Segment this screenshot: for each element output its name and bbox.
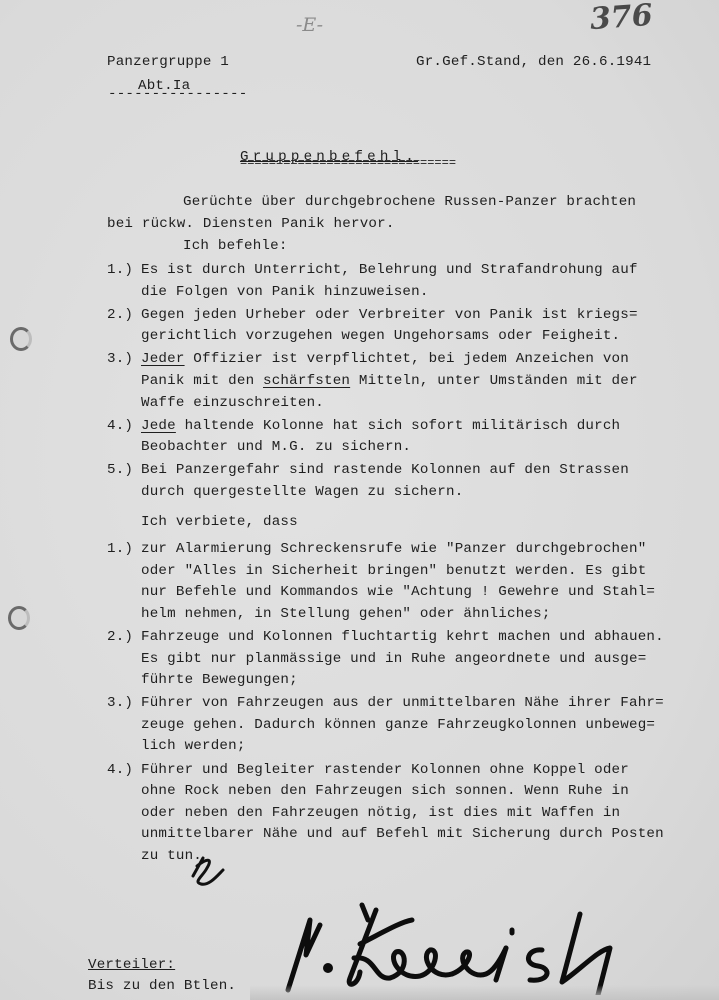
order-line: gerichtlich vorzugehen wegen Ungehorsams… (141, 328, 620, 344)
order-number: 2.) (107, 307, 133, 323)
prohibition-line: Fahrzeuge und Kolonnen fluchtartig kehrt… (141, 629, 664, 645)
distribution-value: Bis zu den Btlen. (88, 978, 236, 994)
prohibition-line: lich werden; (141, 738, 246, 754)
order-line: durch quergestellte Wagen zu sichern. (141, 484, 463, 500)
prohibition-number: 1.) (107, 541, 133, 557)
punch-hole (8, 606, 30, 630)
paper-shadow (250, 985, 719, 1000)
prohibition-line: nur Befehle und Kommandos wie "Achtung !… (141, 584, 655, 600)
prohibition-line: unmittelbarer Nähe und auf Befehl mit Si… (141, 826, 664, 842)
archive-number: 376 (589, 0, 654, 37)
prohibition-line: helm nehmen, in Stellung gehen" oder ähn… (141, 606, 551, 622)
prohibition-line: Es gibt nur planmässige und in Ruhe ange… (141, 651, 646, 667)
prohibition-number: 2.) (107, 629, 133, 645)
prohibition-line: oder neben den Fahrzeugen nötig, ist die… (141, 805, 620, 821)
signature (280, 900, 700, 995)
distribution-label: Verteiler: (88, 957, 175, 973)
prohibition-line: oder "Alles in Sicherheit bringen" benut… (141, 563, 646, 579)
order-line: Jede haltende Kolonne hat sich sofort mi… (141, 418, 620, 434)
punch-hole (10, 327, 32, 351)
prohibition-line: führte Bewegungen; (141, 672, 298, 688)
prohibition-number: 3.) (107, 695, 133, 711)
order-line: Beobachter und M.G. zu sichern. (141, 439, 411, 455)
unit-name: Panzergruppe 1 (107, 54, 229, 70)
order-line: Gegen jeden Urheber oder Verbreiter von … (141, 307, 638, 323)
order-number: 5.) (107, 462, 133, 478)
order-number: 4.) (107, 418, 133, 434)
prohibition-line: Führer und Begleiter rastender Kolonnen … (141, 762, 629, 778)
orders-heading: Ich befehle: (183, 238, 288, 254)
place-date: Gr.Gef.Stand, den 26.6.1941 (416, 54, 651, 70)
order-line: Waffe einzuschreiten. (141, 395, 324, 411)
title-rule: ============================== (240, 156, 456, 170)
prohibition-line: zur Alarmierung Schreckensrufe wie "Panz… (141, 541, 646, 557)
order-line: die Folgen von Panik hinzuweisen. (141, 284, 429, 300)
initial-signature (183, 852, 243, 892)
prohibition-line: zeuge gehen. Dadurch können ganze Fahrze… (141, 717, 655, 733)
intro-line: bei rückw. Diensten Panik hervor. (107, 216, 395, 232)
prohibitions-heading: Ich verbiete, dass (141, 514, 298, 530)
order-line: Jeder Offizier ist verpflichtet, bei jed… (141, 351, 629, 367)
prohibition-number: 4.) (107, 762, 133, 778)
handwritten-mark: -E- (296, 14, 323, 36)
order-number: 1.) (107, 262, 133, 278)
prohibition-line: ohne Rock neben den Fahrzeugen sich sonn… (141, 783, 629, 799)
order-line: Bei Panzergefahr sind rastende Kolonnen … (141, 462, 629, 478)
prohibition-line: Führer von Fahrzeugen aus der unmittelba… (141, 695, 664, 711)
order-line: Es ist durch Unterricht, Belehrung und S… (141, 262, 638, 278)
document-page: 376 -E- Panzergruppe 1 ---------------- … (0, 0, 719, 1000)
intro-line: Gerüchte über durchgebrochene Russen-Pan… (183, 194, 636, 210)
department: Abt.Ia (138, 78, 190, 94)
order-number: 3.) (107, 351, 133, 367)
order-line: Panik mit den schärfsten Mitteln, unter … (141, 373, 638, 389)
